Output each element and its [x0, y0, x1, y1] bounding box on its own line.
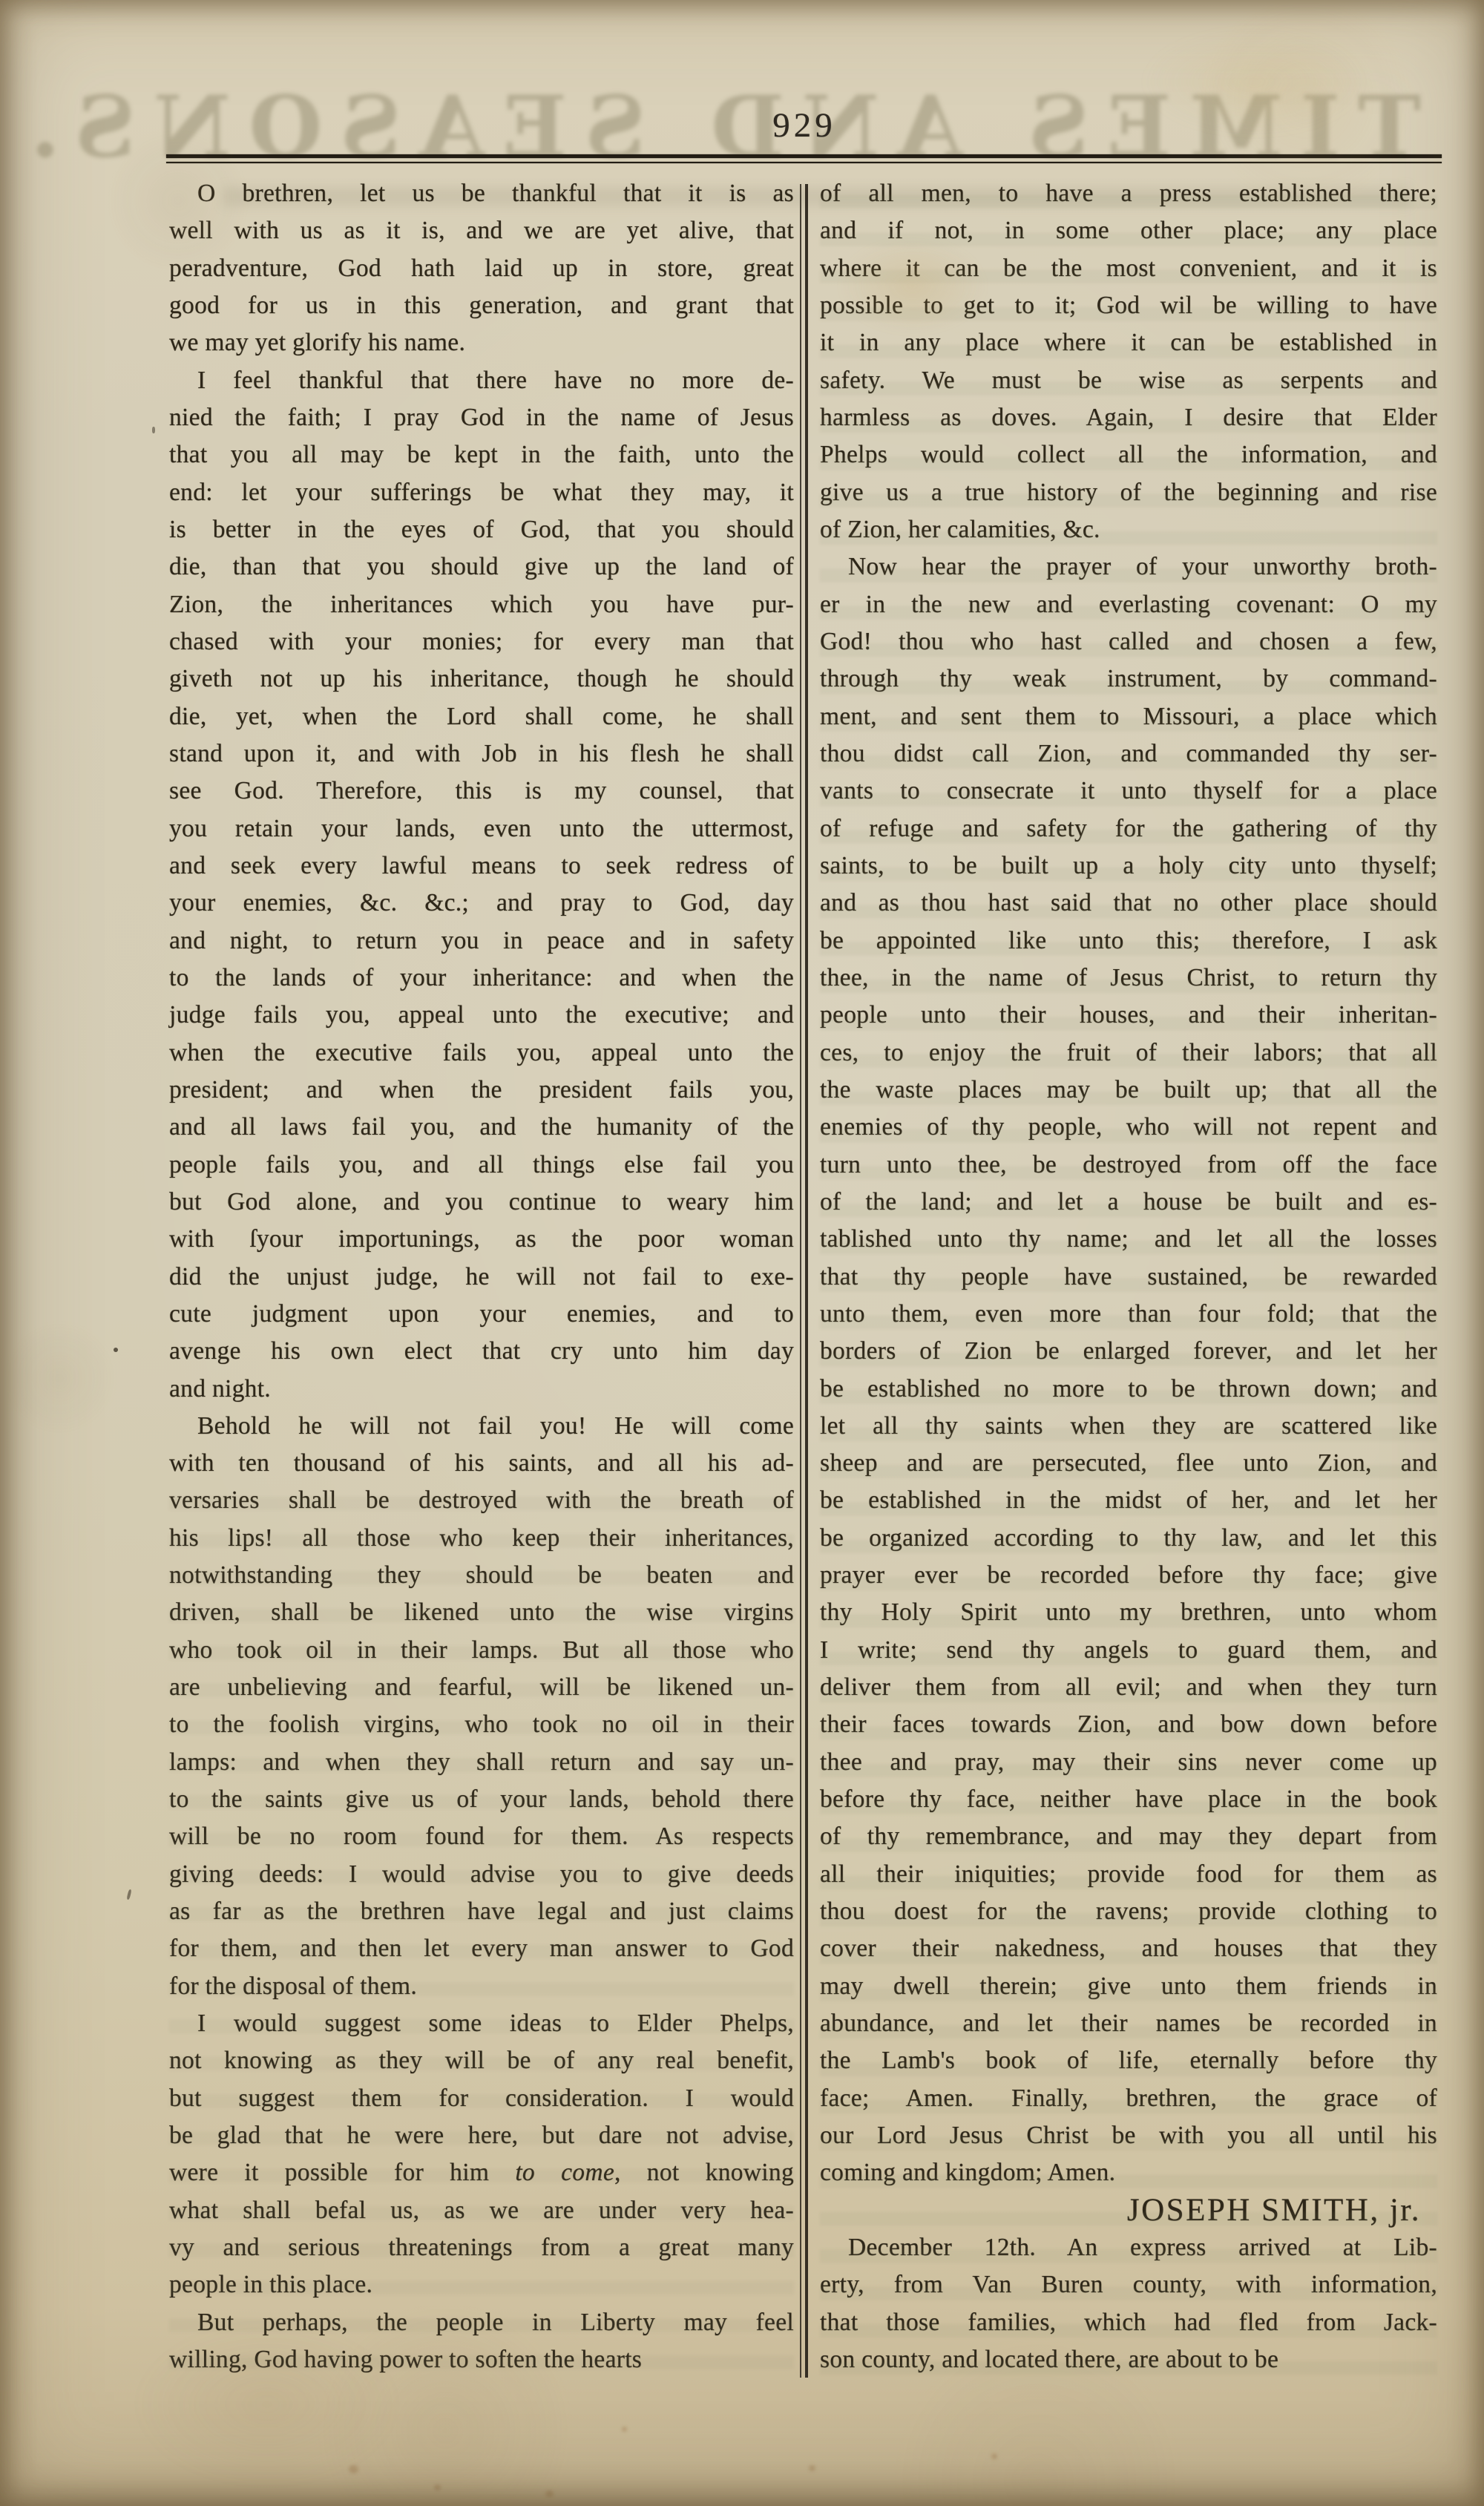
text-line: judge fails you, appeal unto the executi… [169, 997, 794, 1034]
text-line: December 12th. An express arrived at Lib… [820, 2229, 1437, 2266]
foxing-spot [622, 2427, 627, 2432]
text-line: people unto their houses, and their inhe… [820, 997, 1437, 1034]
text-line: versaries shall be destroyed with the br… [169, 1482, 794, 1519]
text-line: borders of Zion be enlarged forever, and… [820, 1333, 1437, 1370]
text-line: before thy face, neither have place in t… [820, 1781, 1437, 1818]
text-line: thou didst call Zion, and commanded thy … [820, 735, 1437, 773]
page-number: 929 [167, 105, 1442, 145]
text-line: deliver them from all evil; and when the… [820, 1669, 1437, 1706]
text-line: may dwell therein; give unto them friend… [820, 1968, 1437, 2005]
text-line: well with us as it is, and we are yet al… [169, 212, 794, 249]
header-rule-thick [166, 154, 1442, 158]
text-line: and all laws fail you, and the humanity … [169, 1109, 794, 1146]
column-divider [800, 184, 808, 2378]
text-line: thou doest for the ravens; provide cloth… [820, 1893, 1437, 1930]
text-line: Now hear the prayer of your unworthy bro… [820, 548, 1437, 586]
text-line: and as thou hast said that no other plac… [820, 885, 1437, 922]
text-line: and night, to return you in peace and in… [169, 922, 794, 960]
right-column: of all men, to have a press established … [820, 175, 1437, 2378]
text-line: president; and when the president fails … [169, 1072, 794, 1109]
text-line: die, yet, when the Lord shall come, he s… [169, 698, 794, 735]
text-line: son county, and located there, are about… [820, 2341, 1437, 2378]
text-line: it in any place where it can be establis… [820, 324, 1437, 361]
header-rule-thin [166, 162, 1442, 163]
text-line: vy and serious threatenings from a great… [169, 2229, 794, 2266]
text-line: be appointed like unto this; therefore, … [820, 922, 1437, 960]
text-line: nied the faith; I pray God in the name o… [169, 399, 794, 436]
text-line: thee, in the name of Jesus Christ, to re… [820, 960, 1437, 997]
text-line: to the foolish virgins, who took no oil … [169, 1706, 794, 1743]
text-line: prayer ever be recorded before thy face;… [820, 1557, 1437, 1594]
text-line: what shall befal us, as we are under ver… [169, 2192, 794, 2229]
text-line: to the lands of your inheritance: and wh… [169, 960, 794, 997]
text-line: face; Amen. Finally, brethren, the grace… [820, 2080, 1437, 2117]
text-line: vants to consecrate it unto thyself for … [820, 773, 1437, 810]
text-line: is better in the eyes of God, that you s… [169, 511, 794, 548]
text-line: peradventure, God hath laid up in store,… [169, 250, 794, 287]
text-line: with ten thousand of his saints, and all… [169, 1445, 794, 1482]
text-line: through thy weak instrument, by command- [820, 660, 1437, 698]
text-line: not knowing as they will be of any real … [169, 2042, 794, 2079]
text-line: Phelps would collect all the information… [820, 436, 1437, 473]
text-line: are unbelieving and fearful, will be lik… [169, 1669, 794, 1706]
text-line: chased with your monies; for every man t… [169, 623, 794, 660]
text-line: Zion, the inheritances which you have pu… [169, 586, 794, 623]
text-line: your enemies, &c. &c.; and pray to God, … [169, 885, 794, 922]
text-line: when the executive fails you, appeal unt… [169, 1034, 794, 1072]
text-line: for the disposal of them. [169, 1968, 794, 2005]
text-line: be organized according to thy law, and l… [820, 1520, 1437, 1557]
text-line: but suggest them for consideration. I wo… [169, 2080, 794, 2117]
text-line: of thy remembrance, and may they depart … [820, 1818, 1437, 1855]
left-column: O brethren, let us be thankful that it i… [169, 175, 794, 2378]
text-line: notwithstanding they should be beaten an… [169, 1557, 794, 1594]
text-line: driven, shall be likened unto the wise v… [169, 1594, 794, 1631]
text-line: er in the new and everlasting covenant: … [820, 586, 1437, 623]
text-line: that you all may be kept in the faith, u… [169, 436, 794, 473]
text-line: erty, from Van Buren county, with inform… [820, 2266, 1437, 2303]
text-line: who took oil in their lamps. But all tho… [169, 1632, 794, 1669]
text-line: their faces towards Zion, and bow down b… [820, 1706, 1437, 1743]
text-line: But perhaps, the people in Liberty may f… [169, 2304, 794, 2341]
text-line: God! thou who hast called and chosen a f… [820, 623, 1437, 660]
text-line: with ſyour importunings, as the poor wom… [169, 1221, 794, 1258]
text-line: people in this place. [169, 2266, 794, 2303]
text-line: I write; send thy angels to guard them, … [820, 1632, 1437, 1669]
text-line: possible to get to it; God wil be willin… [820, 287, 1437, 324]
text-line: Behold he will not fail you! He will com… [169, 1408, 794, 1445]
text-line: tablished unto thy name; and let all the… [820, 1221, 1437, 1258]
text-line: to the saints give us of your lands, beh… [169, 1781, 794, 1818]
text-line: all their iniquities; provide food for t… [820, 1856, 1437, 1893]
text-line: people fails you, and all things else fa… [169, 1147, 794, 1184]
foxing-spot [349, 2465, 358, 2473]
text-line: we may yet glorify his name. [169, 324, 794, 361]
text-line: ces, to enjoy the fruit of their labors;… [820, 1034, 1437, 1072]
text-line: giving deeds: I would advise you to give… [169, 1856, 794, 1893]
text-line: the Lamb's book of life, eternally befor… [820, 2042, 1437, 2079]
text-line: his lips! all those who keep their inher… [169, 1520, 794, 1557]
text-line: see God. Therefore, this is my counsel, … [169, 773, 794, 810]
signature-line: JOSEPH SMITH, jr. [820, 2192, 1437, 2229]
text-line: and seek every lawful means to seek redr… [169, 847, 794, 885]
text-line: cute judgment upon your enemies, and to [169, 1296, 794, 1333]
text-line: saints, to be built up a holy city unto … [820, 847, 1437, 885]
text-line: thee and pray, may their sins never come… [820, 1744, 1437, 1781]
text-line: were it possible for him to come, not kn… [169, 2154, 794, 2191]
foxing-spot [809, 2465, 815, 2471]
text-line: but God alone, and you continue to weary… [169, 1184, 794, 1221]
text-line: safety. We must be wise as serpents and [820, 362, 1437, 399]
text-line: of Zion, her calamities, &c. [820, 511, 1437, 548]
text-line: be glad that he were here, but dare not … [169, 2117, 794, 2154]
text-line: harmless as doves. Again, I desire that … [820, 399, 1437, 436]
text-line: stand upon it, and with Job in his flesh… [169, 735, 794, 773]
ink-speck [114, 1348, 118, 1352]
text-line: coming and kingdom; Amen. [820, 2154, 1437, 2191]
text-line: our Lord Jesus Christ be with you all un… [820, 2117, 1437, 2154]
text-line: lamps: and when they shall return and sa… [169, 1744, 794, 1781]
text-line: that thy people have sustained, be rewar… [820, 1259, 1437, 1296]
text-line: that those families, which had fled from… [820, 2304, 1437, 2341]
text-line: you retain your lands, even unto the utt… [169, 810, 794, 847]
text-line: good for us in this generation, and gran… [169, 287, 794, 324]
text-line: of all men, to have a press established … [820, 175, 1437, 212]
text-line: and if not, in some other place; any pla… [820, 212, 1437, 249]
text-line: be established no more to be thrown down… [820, 1371, 1437, 1408]
text-line: thy Holy Spirit unto my brethren, unto w… [820, 1594, 1437, 1631]
text-line: and night. [169, 1371, 794, 1408]
text-line: giveth not up his inheritance, though he… [169, 660, 794, 698]
text-line: where it can be the most convenient, and… [820, 250, 1437, 287]
text-line: as far as the brethren have legal and ju… [169, 1893, 794, 1930]
text-line: avenge his own elect that cry unto him d… [169, 1333, 794, 1370]
text-line: let all thy saints when they are scatter… [820, 1408, 1437, 1445]
text-line: end: let your sufferings be what they ma… [169, 474, 794, 511]
text-line: be established in the midst of her, and … [820, 1482, 1437, 1519]
text-line: cover their nakedness, and houses that t… [820, 1930, 1437, 1967]
foxing-spot [991, 2453, 997, 2459]
text-line: abundance, and let their names be record… [820, 2005, 1437, 2042]
text-line: ment, and sent them to Missouri, a place… [820, 698, 1437, 735]
text-line: of refuge and safety for the gathering o… [820, 810, 1437, 847]
text-line: I feel thankful that there have no more … [169, 362, 794, 399]
text-line: unto them, even more than four fold; tha… [820, 1296, 1437, 1333]
text-line: give us a true history of the beginning … [820, 474, 1437, 511]
text-line: willing, God having power to soften the … [169, 2341, 794, 2378]
text-line: the waste places may be built up; that a… [820, 1072, 1437, 1109]
ink-speck [152, 427, 155, 433]
text-line: I would suggest some ideas to Elder Phel… [169, 2005, 794, 2042]
text-line: did the unjust judge, he will not fail t… [169, 1259, 794, 1296]
text-line: O brethren, let us be thankful that it i… [169, 175, 794, 212]
text-line: turn unto thee, be destroyed from off th… [820, 1147, 1437, 1184]
foxing-spot [434, 2484, 441, 2490]
text-line: for them, and then let every man answer … [169, 1930, 794, 1967]
text-line: will be no room found for them. As respe… [169, 1818, 794, 1855]
text-line: sheep and are persecuted, flee unto Zion… [820, 1445, 1437, 1482]
foxing-spot [545, 2490, 554, 2497]
ink-speck [126, 1889, 131, 1900]
text-line: die, than that you should give up the la… [169, 548, 794, 586]
scanned-page: TIMES AND SEASONS. 929 O brethren, let u… [0, 0, 1484, 2506]
text-line: of the land; and let a house be built an… [820, 1184, 1437, 1221]
text-line: enemies of thy people, who will not repe… [820, 1109, 1437, 1146]
